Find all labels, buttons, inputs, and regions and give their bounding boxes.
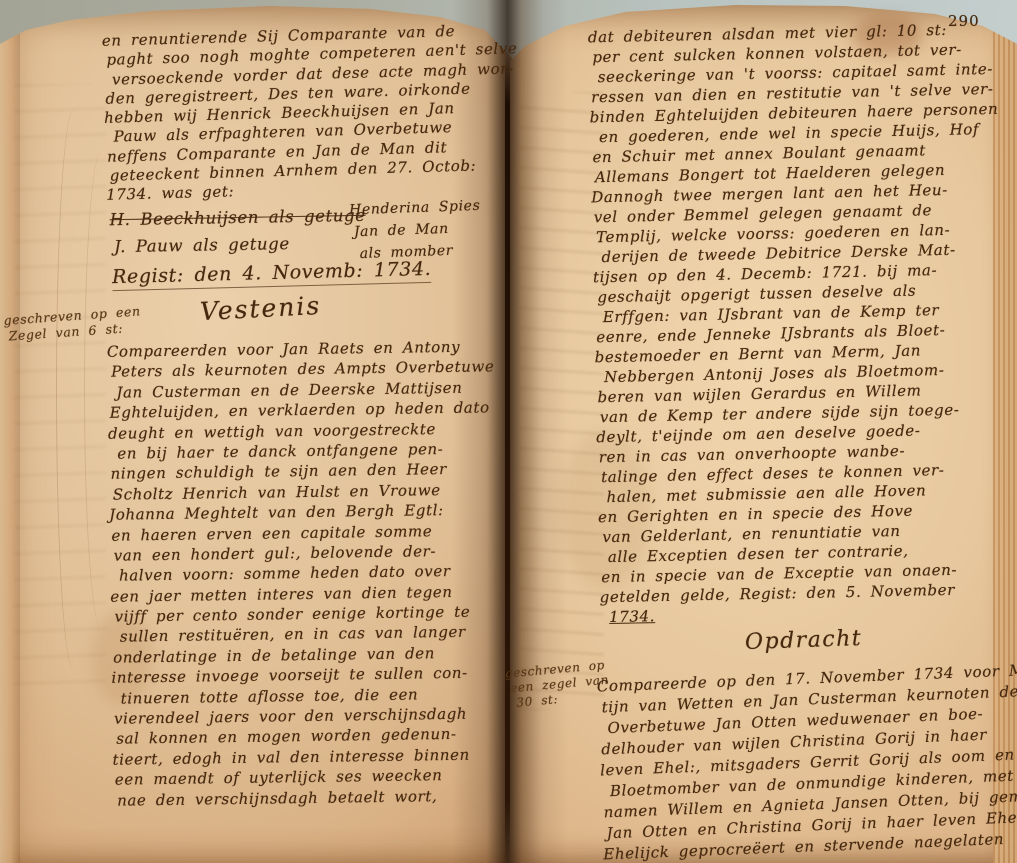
witness-signatures: H. Beeckhuijsen als getugeJ. Pauw als ge… xyxy=(112,206,367,264)
manuscript-book-spread: en renuntierende Sij Comparante van depa… xyxy=(0,0,1017,863)
right-act-continuation: dat debiteuren alsdan met vier gl: 10 st… xyxy=(590,20,1009,628)
left-page-edge xyxy=(0,30,20,863)
manuscript-line: J. Pauw als getuge xyxy=(114,233,366,264)
right-act-block: Compareerde op den 17. November 1734 voo… xyxy=(599,659,1017,863)
left-act-block: Compareerden voor Jan Raets en AntonyPet… xyxy=(109,337,501,811)
left-closing-block: en renuntierende Sij Comparante van depa… xyxy=(104,20,522,205)
section-heading-opdracht: Opdracht xyxy=(745,626,863,655)
margin-note-right: geschreven opeen zegel van30 st: xyxy=(506,658,611,712)
